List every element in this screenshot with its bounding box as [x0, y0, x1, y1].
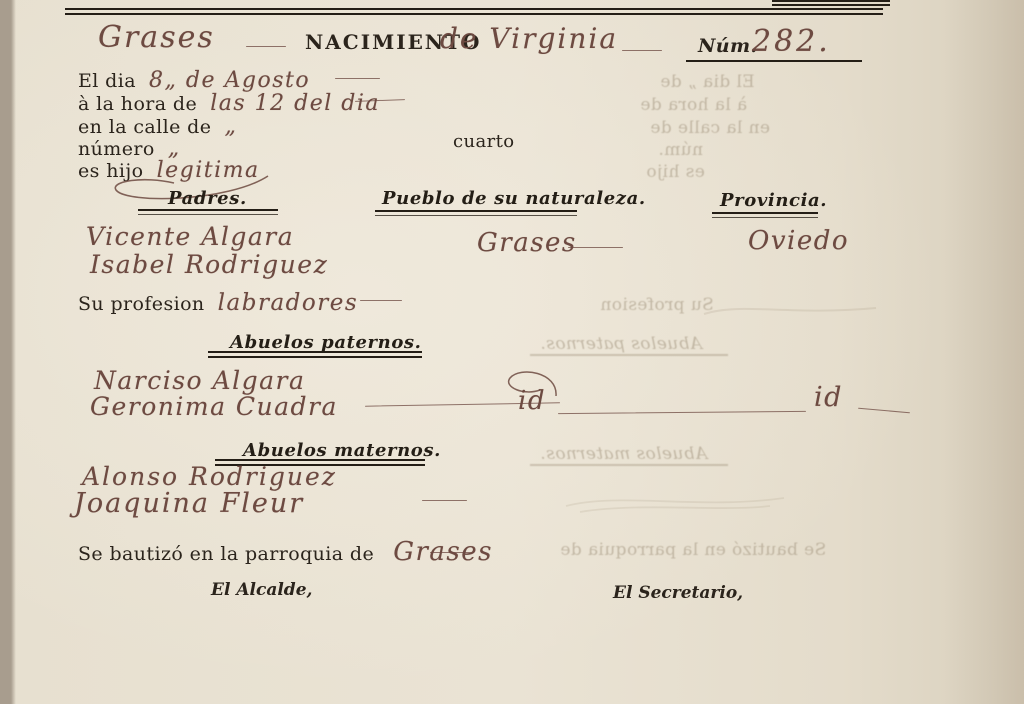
filler-dash: [360, 300, 402, 301]
bleedthrough-street-line: en la calle de: [650, 118, 770, 138]
town-header-underline: [375, 210, 577, 216]
page-right-shadow: [944, 0, 1024, 704]
top-border-rule-short: [772, 0, 890, 6]
province-column-header: Provincia.: [720, 190, 827, 211]
birth-town-value: Grases: [477, 228, 577, 258]
maternal-grandfather-name: Alonso Rodriguez: [82, 462, 337, 491]
bleedthrough-number-line: núm.: [658, 140, 703, 160]
filler-dash: [246, 46, 286, 47]
bleedthrough-day-line: El dia „ de: [660, 72, 755, 92]
profession-label: Su profesion: [78, 293, 205, 315]
municipality-name: Grases: [98, 20, 215, 55]
paternal-grandfather-name: Narciso Algara: [94, 366, 305, 395]
father-name: Vicente Algara: [86, 222, 294, 251]
room-text: cuarto: [453, 131, 514, 152]
baptism-label: Se bautizó en la parroquia de: [78, 543, 374, 565]
street-value: „: [224, 114, 237, 139]
hour-label: à la hora de: [78, 93, 197, 115]
profession-row: Su profesion labradores: [78, 290, 358, 316]
form-row-day: El dia 8„ de Agosto: [78, 68, 310, 93]
hour-value: las 12 del dia: [210, 91, 380, 116]
child-name: de Virginia: [440, 22, 618, 55]
province-idem-mark: id: [814, 382, 843, 413]
maternal-grandmother-name: Joaquina Fleur: [74, 488, 304, 519]
bleedthrough-maternal-header: Abuelos maternos.: [540, 444, 707, 464]
bleedthrough-baptism: Se bautizó en la parroquia de: [560, 540, 826, 560]
bleedthrough-underline: [530, 354, 728, 356]
idem-connector-line: [558, 411, 806, 415]
filler-dash: [422, 500, 467, 501]
parents-column-header: Padres.: [168, 188, 247, 209]
birth-record-page: Grases NACIMIENTO de Virginia Núm. 282. …: [0, 0, 1024, 704]
filler-dash: [858, 408, 910, 414]
secretary-signature-line: El Secretario,: [613, 583, 743, 603]
maternal-grandparents-header: Abuelos maternos.: [243, 440, 441, 461]
mother-name: Isabel Rodriguez: [90, 250, 328, 279]
record-number-underline: [686, 60, 862, 62]
filler-dash: [622, 50, 662, 51]
bleedthrough-stroke: [560, 488, 790, 514]
day-label: El dia: [78, 70, 136, 92]
parents-header-underline: [138, 209, 278, 215]
paternal-grandmother-name: Geronima Cuadra: [90, 392, 338, 421]
bleedthrough-paternal-header: Abuelos paternos.: [540, 334, 702, 354]
day-value: 8„ de Agosto: [149, 68, 310, 93]
paternal-header-underline: [208, 351, 422, 358]
town-idem-mark: id: [518, 386, 546, 416]
filler-dash: [335, 78, 380, 79]
scan-left-edge: [0, 0, 16, 704]
top-border-rule: [65, 8, 883, 15]
bleedthrough-profession: Su profesion: [600, 295, 714, 315]
bleedthrough-child-line: es hijo: [646, 162, 705, 182]
form-row-hour: à la hora de las 12 del dia: [78, 91, 380, 116]
number-label: número: [78, 138, 155, 160]
bleedthrough-hour-line: à la hora de: [640, 95, 747, 115]
town-column-header: Pueblo de su naturaleza.: [382, 188, 646, 209]
mayor-signature-line: El Alcalde,: [211, 580, 312, 600]
street-label: en la calle de: [78, 116, 211, 138]
bleedthrough-stroke: [700, 300, 880, 320]
province-header-underline: [712, 212, 818, 218]
record-number-value: 282.: [752, 24, 831, 59]
profession-value: labradores: [218, 290, 358, 316]
bleedthrough-underline: [530, 464, 728, 466]
record-number-label: Núm.: [698, 35, 758, 57]
province-value: Oviedo: [748, 226, 849, 256]
paternal-grandparents-header: Abuelos paternos.: [230, 332, 422, 353]
